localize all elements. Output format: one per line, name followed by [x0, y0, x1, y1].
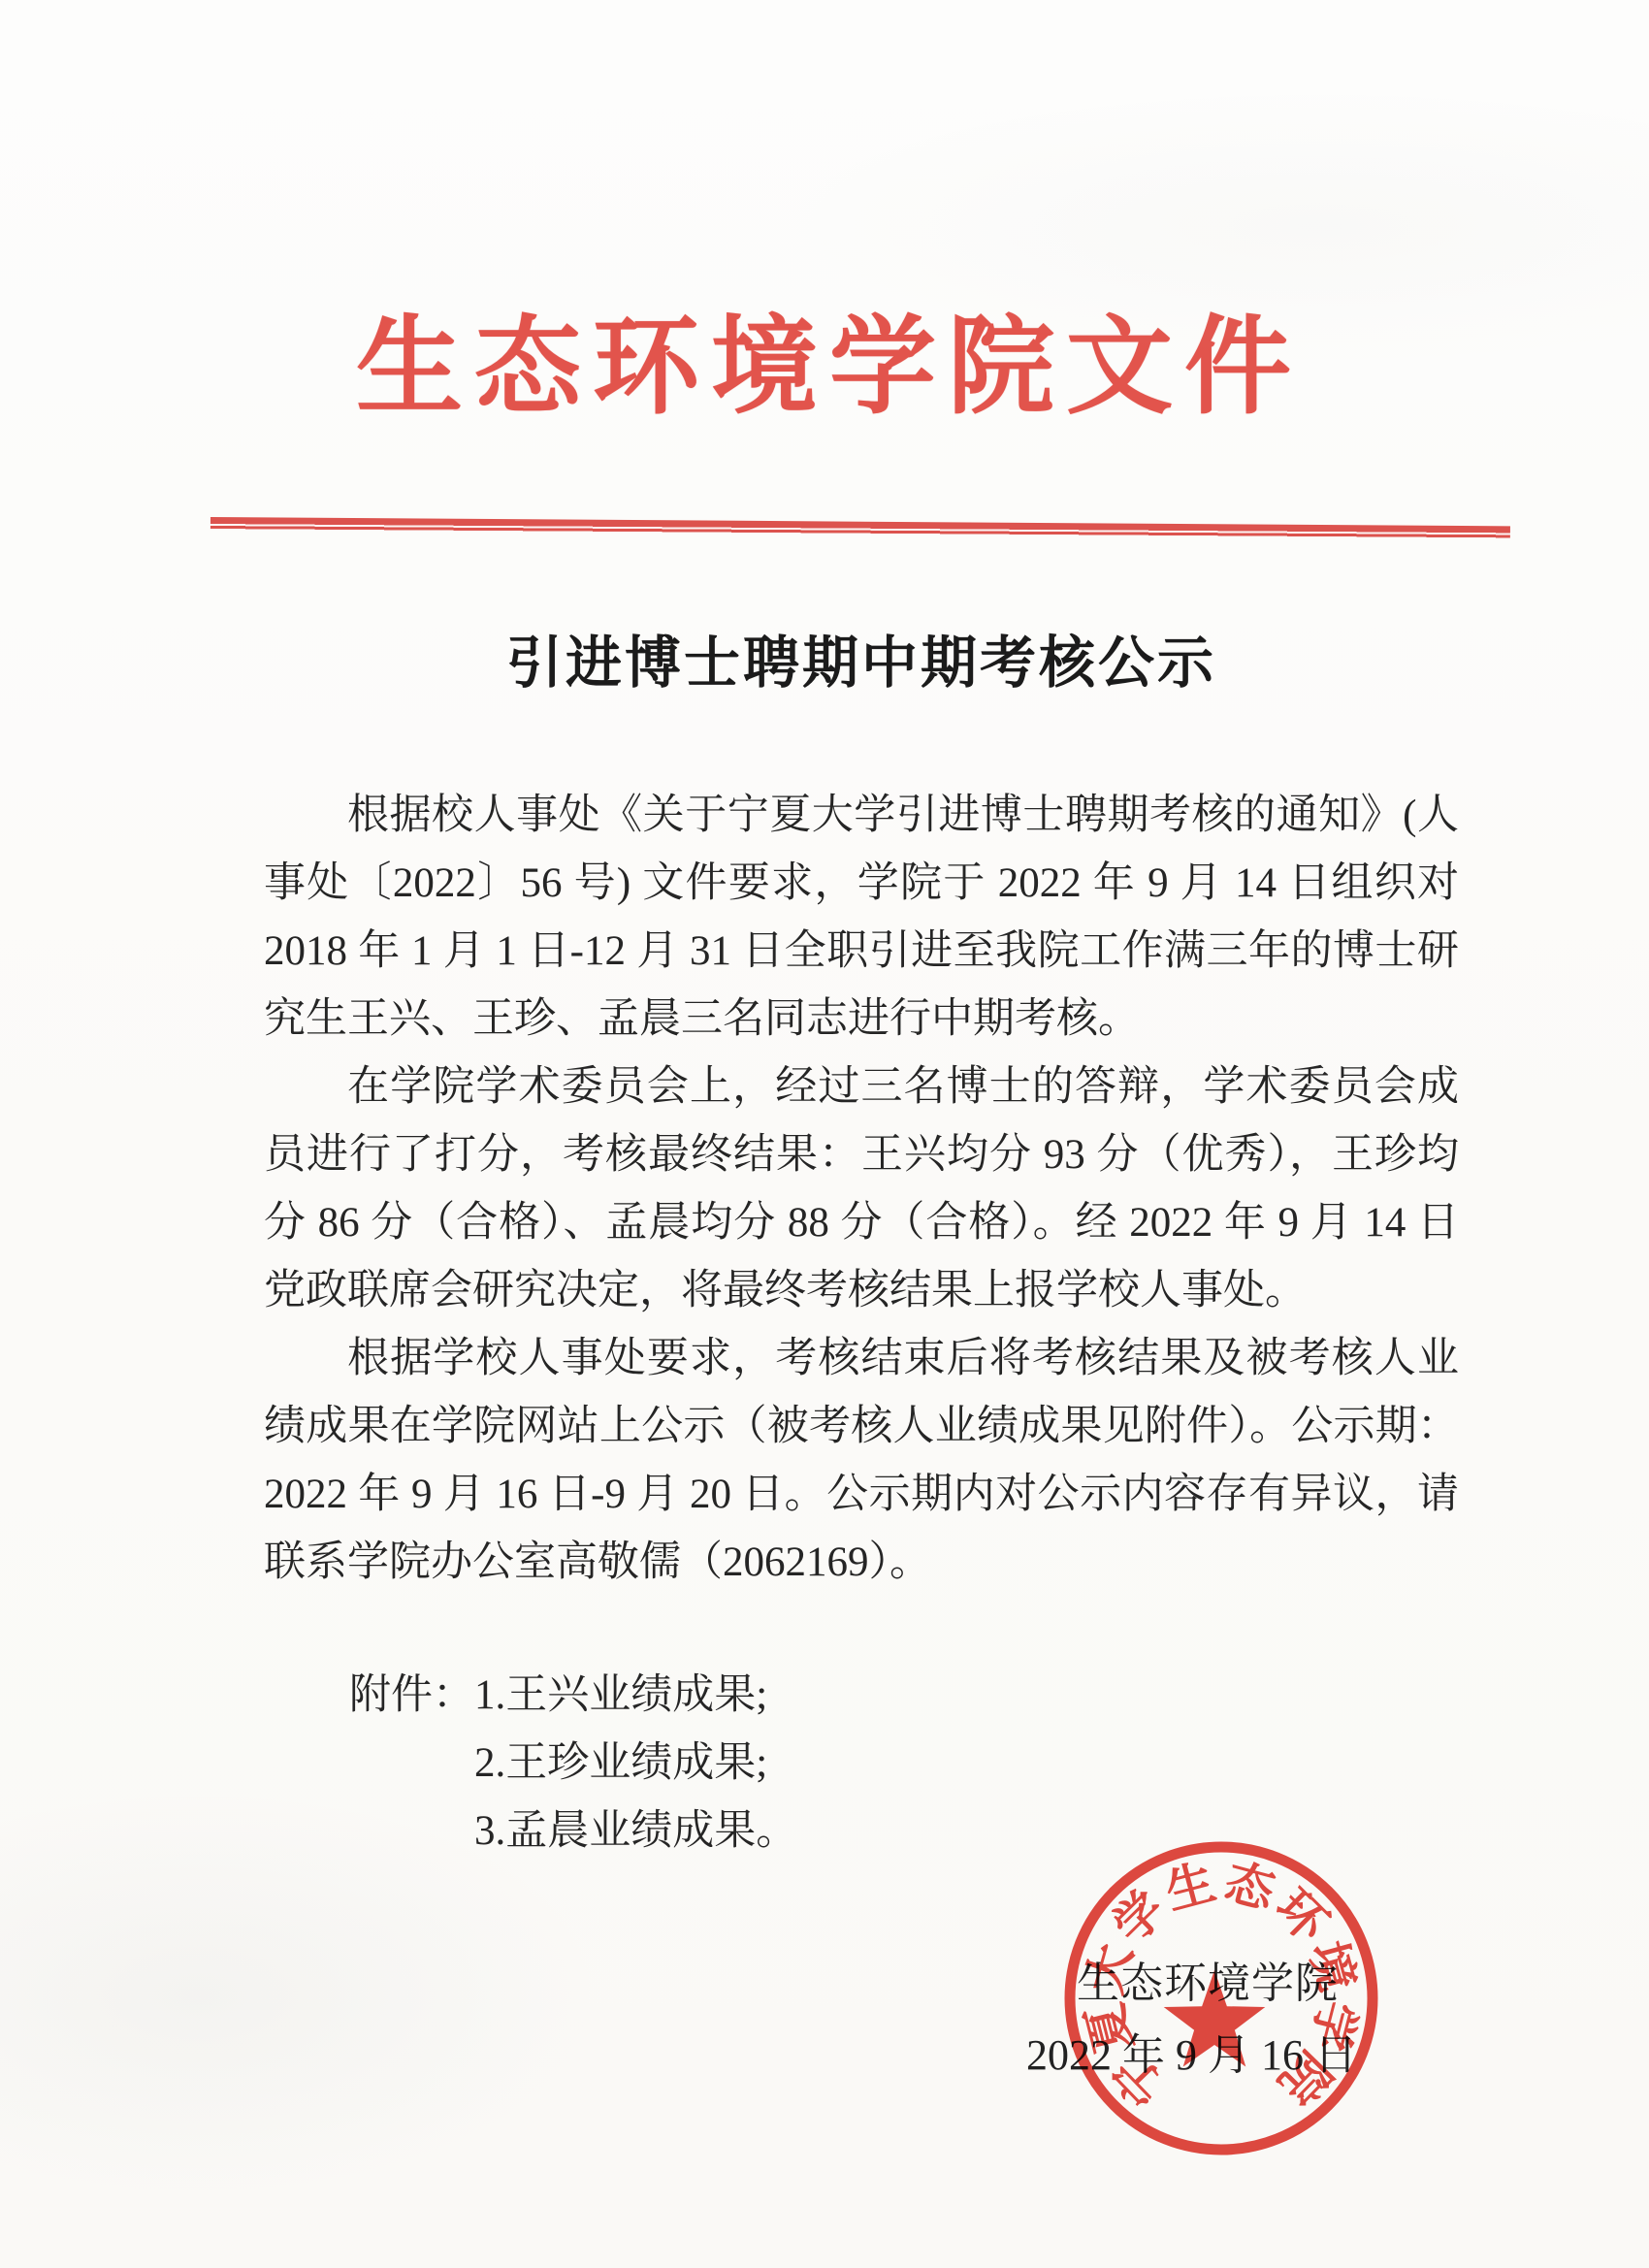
- document-masthead: 生态环境学院文件: [233, 281, 1426, 435]
- scanned-document-page: 生态环境学院文件 引进博士聘期中期考核公示 根据校人事处《关于宁夏大学引进博士聘…: [0, 0, 1649, 2268]
- document-body: 根据校人事处《关于宁夏大学引进博士聘期考核的通知》(人事处〔2022〕56 号)…: [264, 782, 1459, 1597]
- attachment-item-2: 2.王珍业绩成果;: [474, 1730, 797, 1798]
- attachments-block: 附件： 1.王兴业绩成果; 2.王珍业绩成果; 3.孟晨业绩成果。: [349, 1662, 797, 1865]
- red-separator-rule: [210, 517, 1510, 538]
- document-title: 引进博士聘期中期考核公示: [264, 617, 1459, 698]
- paragraph-3: 根据学校人事处要求，考核结束后将考核结果及被考核人业绩成果在学院网站上公示（被考…: [264, 1325, 1459, 1597]
- paragraph-2: 在学院学术委员会上，经过三名博士的答辩，学术委员会成员进行了打分，考核最终结果：…: [264, 1053, 1459, 1325]
- paragraph-1: 根据校人事处《关于宁夏大学引进博士聘期考核的通知》(人事处〔2022〕56 号)…: [264, 782, 1459, 1053]
- signature-date: 2022 年 9 月 16 日: [1026, 2020, 1357, 2082]
- attachments-list: 1.王兴业绩成果; 2.王珍业绩成果; 3.孟晨业绩成果。: [474, 1662, 797, 1865]
- attachments-label: 附件：: [349, 1662, 474, 1730]
- attachment-item-1: 1.王兴业绩成果;: [474, 1662, 797, 1730]
- attachment-item-3: 3.孟晨业绩成果。: [474, 1798, 797, 1865]
- signature-organization: 生态环境学院: [1077, 1948, 1339, 2010]
